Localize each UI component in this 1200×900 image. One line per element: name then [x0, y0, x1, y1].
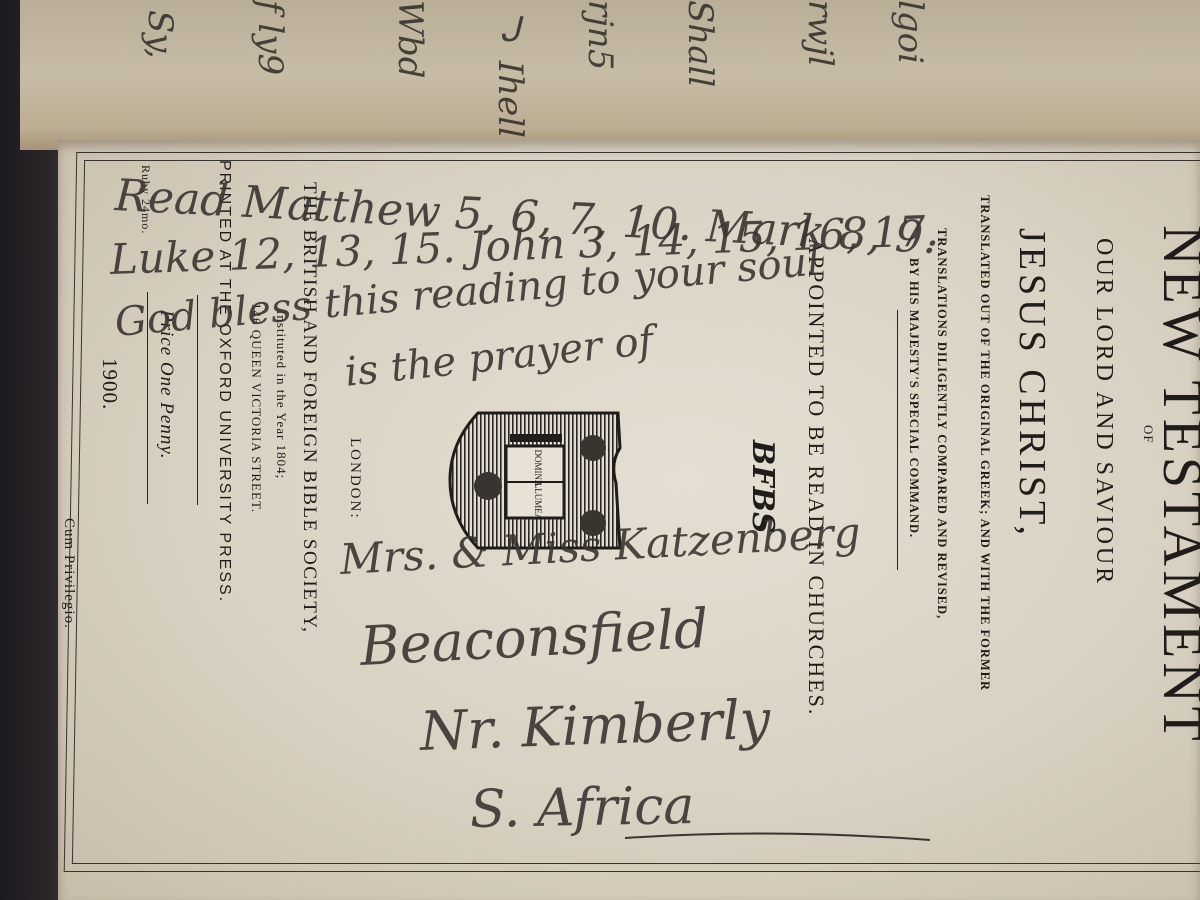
photo-scene: Sy, f ly9 Wbd ᒍ Ihell rjn5 Shall rwjl lg… — [0, 0, 1200, 900]
subtitle-jesus-christ: JESUS CHRIST, — [1010, 228, 1054, 539]
subtitle-our-lord: OUR LORD AND SAVIOUR — [1090, 238, 1117, 586]
svg-text:ILLUMEA: ILLUMEA — [533, 480, 543, 521]
facing-page-handwriting: rwjl — [800, 0, 840, 67]
facing-page-handwriting: Sy, — [140, 10, 180, 59]
facing-page-handwriting: f ly9 — [250, 0, 290, 75]
translation-line-1: TRANSLATED OUT OF THE ORIGINAL GREEK; AN… — [977, 195, 992, 691]
facing-page-handwriting: Wbd — [390, 0, 430, 78]
facing-page-handwriting: ᒍ Ihell — [490, 10, 530, 138]
place-london: LONDON: — [346, 438, 363, 520]
translation-line-3: BY HIS MAJESTY'S SPECIAL COMMAND. — [906, 258, 921, 538]
inscription-line-7: Nr. Kimberly — [419, 688, 771, 763]
year: 1900. — [97, 358, 122, 410]
inscription-underline — [620, 820, 940, 850]
title-of: OF — [1140, 425, 1156, 444]
facing-page-handwriting: Shall — [680, 0, 720, 87]
book-title: NEW TESTAMENT — [1150, 225, 1200, 745]
instituted-line: Instituted in the Year 1804; — [273, 310, 289, 479]
translation-line-2: TRANSLATIONS DILIGENTLY COMPARED AND REV… — [934, 228, 949, 619]
divider-rule — [897, 310, 898, 570]
appointed-line: APPOINTED TO BE READ IN CHURCHES. — [803, 238, 829, 716]
address-line: 146 QUEEN VICTORIA STREET. — [248, 303, 264, 513]
bfbs-monogram: BFBS — [715, 440, 777, 520]
facing-page-handwriting: rjn5 — [580, 0, 620, 70]
facing-page: Sy, f ly9 Wbd ᒍ Ihell rjn5 Shall rwjl lg… — [20, 0, 1200, 150]
facing-page-handwriting: lgoi — [890, 0, 930, 64]
cum-privilegio: Cum Privilegio. — [60, 518, 77, 629]
